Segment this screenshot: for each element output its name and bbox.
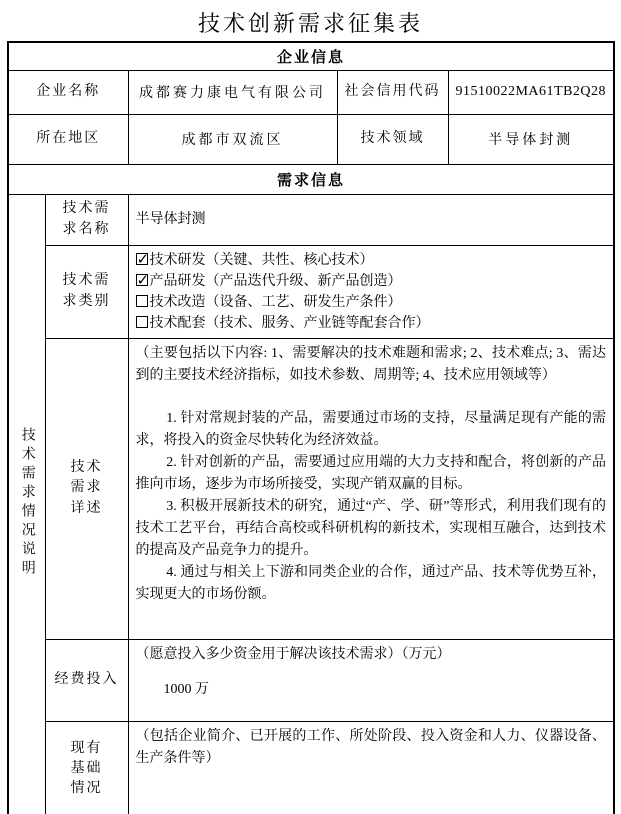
label-basis: 现有 基础 情况 — [45, 721, 128, 814]
row-demand-name: 技术需求情况说明 技术需 求名称 半导体封测 — [8, 194, 614, 245]
label-demand-name: 技术需 求名称 — [45, 194, 128, 245]
category-option: 技术配套（技术、服务、产业链等配套合作） — [136, 313, 607, 334]
side-label-vertical: 技术需求情况说明 — [20, 427, 34, 579]
row-basis: 现有 基础 情况 （包括企业简介、已开展的工作、所处阶段、投入资金和人力、仪器设… — [8, 721, 614, 814]
value-demand-detail: （主要包括以下内容: 1、需要解决的技术难题和需求; 2、技术难点; 3、需达到… — [128, 338, 614, 639]
row-funding: 经费投入 （愿意投入多少资金用于解决该技术需求）（万元） 1000 万 — [8, 639, 614, 721]
category-option-label: 产品研发（产品迭代升级、新产品创造） — [150, 274, 402, 289]
category-option-label: 技术配套（技术、服务、产业链等配套合作） — [150, 316, 430, 331]
label-company-name: 企业名称 — [8, 70, 128, 114]
label-demand-detail: 技术 需求 详述 — [45, 338, 128, 639]
label-tech-field: 技术领域 — [337, 114, 448, 164]
row-region: 所在地区 成都市双流区 技术领域 半导体封测 — [8, 114, 614, 164]
row-company: 企业名称 成都赛力康电气有限公司 社会信用代码 91510022MA61TB2Q… — [8, 70, 614, 114]
funding-amount: 1000 万 — [164, 679, 607, 701]
value-demand-category: 技术研发（关键、共性、核心技术） 产品研发（产品迭代升级、新产品创造） 技术改造… — [128, 245, 614, 338]
checkbox-checked-icon — [136, 274, 148, 286]
category-option: 技术研发（关键、共性、核心技术） — [136, 250, 607, 271]
category-option: 技术改造（设备、工艺、研发生产条件） — [136, 292, 607, 313]
row-demand-category: 技术需 求类别 技术研发（关键、共性、核心技术） 产品研发（产品迭代升级、新产品… — [8, 245, 614, 338]
section-header-demand: 需求信息 — [8, 164, 614, 194]
detail-hint: （主要包括以下内容: 1、需要解决的技术难题和需求; 2、技术难点; 3、需达到… — [136, 343, 607, 387]
category-option-label: 技术改造（设备、工艺、研发生产条件） — [150, 295, 402, 310]
checkbox-unchecked-icon — [136, 316, 148, 328]
section-row-enterprise: 企业信息 — [8, 42, 614, 70]
value-region: 成都市双流区 — [128, 114, 337, 164]
value-funding: （愿意投入多少资金用于解决该技术需求）（万元） 1000 万 — [128, 639, 614, 721]
cell-side-label: 技术需求情况说明 — [8, 194, 45, 814]
section-row-demand: 需求信息 — [8, 164, 614, 194]
value-tech-field: 半导体封测 — [448, 114, 614, 164]
label-region: 所在地区 — [8, 114, 128, 164]
detail-paragraph: 3. 积极开展新技术的研究，通过“产、学、研”等形式，利用我们现有的技术工艺平台… — [136, 496, 607, 562]
form-page: 技术创新需求征集表 企业信息 企业名称 成都赛力康电气有限公司 社会信用代码 9… — [0, 0, 621, 814]
basis-hint: （包括企业简介、已开展的工作、所处阶段、投入资金和人力、仪器设备、生产条件等） — [136, 726, 607, 770]
value-basis: （包括企业简介、已开展的工作、所处阶段、投入资金和人力、仪器设备、生产条件等） — [128, 721, 614, 814]
value-credit-code: 91510022MA61TB2Q28 — [448, 70, 614, 114]
label-funding: 经费投入 — [45, 639, 128, 721]
form-table: 企业信息 企业名称 成都赛力康电气有限公司 社会信用代码 91510022MA6… — [7, 41, 615, 814]
row-demand-detail: 技术 需求 详述 （主要包括以下内容: 1、需要解决的技术难题和需求; 2、技术… — [8, 338, 614, 639]
checkbox-checked-icon — [136, 253, 148, 265]
label-demand-category: 技术需 求类别 — [45, 245, 128, 338]
detail-paragraph: 2. 针对创新的产品，需要通过应用端的大力支持和配合，将创新的产品推向市场，逐步… — [136, 452, 607, 496]
label-credit-code: 社会信用代码 — [337, 70, 448, 114]
value-company-name: 成都赛力康电气有限公司 — [128, 70, 337, 114]
value-demand-name: 半导体封测 — [128, 194, 614, 245]
funding-hint: （愿意投入多少资金用于解决该技术需求）（万元） — [136, 644, 607, 666]
category-option-label: 技术研发（关键、共性、核心技术） — [150, 253, 374, 268]
detail-paragraph: 1. 针对常规封装的产品，需要通过市场的支持，尽量满足现有产能的需求，将投入的资… — [136, 408, 607, 452]
category-option: 产品研发（产品迭代升级、新产品创造） — [136, 271, 607, 292]
page-title: 技术创新需求征集表 — [0, 0, 621, 41]
checkbox-unchecked-icon — [136, 295, 148, 307]
section-header-enterprise: 企业信息 — [8, 42, 614, 70]
detail-paragraph: 4. 通过与相关上下游和同类企业的合作，通过产品、技术等优势互补，实现更大的市场… — [136, 562, 607, 606]
